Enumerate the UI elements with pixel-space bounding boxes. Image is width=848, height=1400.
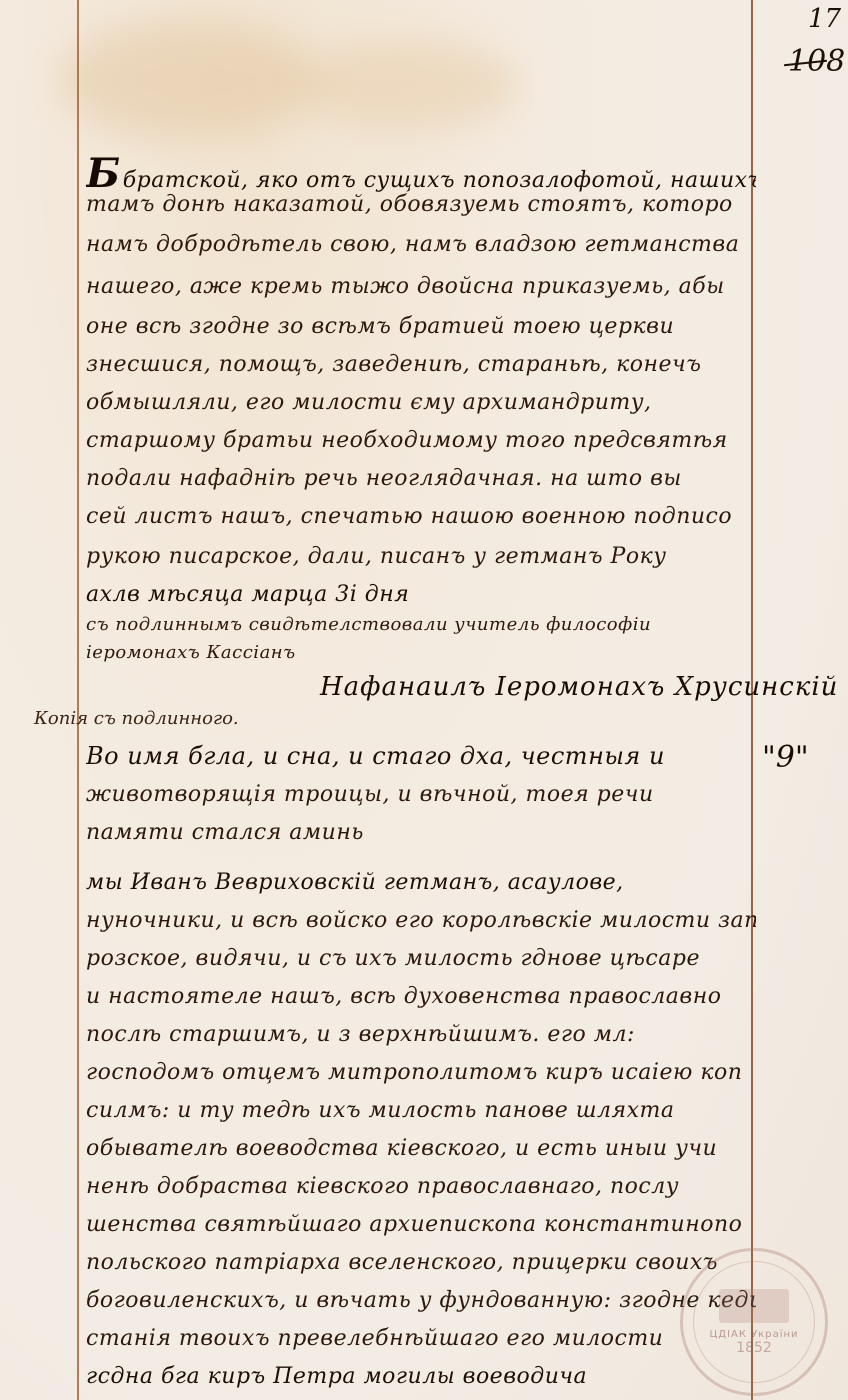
text-line: мы Иванъ Вевриховскій гетманъ, асаулове,	[86, 870, 756, 895]
text-line: станія твоихъ превелебнѣйшаго его милост…	[86, 1326, 756, 1351]
invocation-line: памяти стался аминь	[86, 820, 756, 845]
manuscript-page: 17 108 Ббратской, яко отъ сущихъ попозал…	[0, 0, 848, 1400]
text-line-content: братской, яко отъ сущихъ попозалофотой, …	[123, 168, 756, 193]
folio-page-number: 108	[788, 44, 845, 79]
text-line: и настоятеле нашъ, всѣ духовенства право…	[86, 984, 756, 1009]
text-line: послѣ старшимъ, и з верхнѣйшимъ. его мл:	[86, 1022, 756, 1047]
stamp-inner-ring: ЦДІАК України 1852	[693, 1261, 815, 1383]
text-line: рукою писарское, дали, писанъ у гетманъ …	[86, 544, 756, 569]
text-line: нуночники, и всѣ войско его королѣвскіе …	[86, 908, 756, 933]
archive-stamp: ЦДІАК України 1852	[680, 1248, 828, 1396]
margin-number: "9"	[762, 740, 809, 775]
text-line: боговиленскихъ, и вѣчать у фундованную: …	[86, 1288, 756, 1313]
invocation-line: Во имя бгла, и сна, и стаго дха, честныя…	[86, 742, 756, 770]
drop-cap: Б	[86, 150, 121, 197]
text-line: обмышляли, его милости єму архимандриту,	[86, 390, 756, 415]
text-line: польского патріарха вселенского, прицерк…	[86, 1250, 756, 1275]
text-line: знесшися, помощъ, заведениѣ, стараньѣ, к…	[86, 352, 756, 377]
folio-top-number: 17	[808, 4, 841, 34]
text-line: ненѣ добраства кіевского православнаго, …	[86, 1174, 756, 1199]
paper-stain	[300, 40, 520, 130]
text-line: Ббратской, яко отъ сущихъ попозалофотой,…	[86, 150, 756, 197]
copy-heading-text: Копія съ подлинного.	[34, 708, 239, 729]
invocation-line: животворящія троицы, и вѣчной, тоея речи	[86, 782, 756, 807]
text-line: шенства святѣйшаго архиепископа констант…	[86, 1212, 756, 1237]
text-line: оне всѣ згодне зо всѣмъ братией тоею цер…	[86, 314, 756, 339]
text-line: обывателѣ воеводства кіевского, и есть и…	[86, 1136, 756, 1161]
stamp-label: ЦДІАК України	[709, 1329, 798, 1340]
text-line: тамъ донѣ наказатой, обовязуемь стоятъ, …	[86, 192, 756, 217]
text-line: сей листъ нашъ, спечатью нашою военною п…	[86, 504, 756, 529]
attestation-name: іеромонахъ Кассіанъ	[86, 642, 756, 663]
text-line: господомъ отцемъ митрополитомъ киръ исаі…	[86, 1060, 756, 1085]
text-line: силмъ: и ту тедѣ ихъ милость панове шлях…	[86, 1098, 756, 1123]
stamp-year: 1852	[736, 1340, 772, 1356]
text-line: старшому братьи необходимому того предсв…	[86, 428, 756, 453]
text-line: подали нафадніѣ речь неоглядачная. на шт…	[86, 466, 756, 491]
text-line: розское, видячи, и съ ихъ милость гдновe…	[86, 946, 756, 971]
book-icon	[719, 1289, 789, 1323]
left-margin-rule	[77, 0, 79, 1400]
text-line: гсдна бга киръ Петра могилы воеводича	[86, 1364, 756, 1389]
date-line: ахлв мѣсяца марца 3i дня	[86, 582, 756, 607]
paper-stain	[60, 20, 320, 140]
attestation-line: съ подлиннымъ свидѣтелствовали учитель ф…	[86, 614, 756, 635]
copy-heading: Копія съ подлинного.	[34, 708, 239, 729]
text-line: намъ добродѣтель свою, намъ владзою гетм…	[86, 232, 756, 257]
text-line: нашего, аже кремь тыжо двойсна приказуем…	[86, 274, 756, 299]
signature: Нафанаилъ Іеромонахъ Хрусинскій	[320, 672, 838, 702]
